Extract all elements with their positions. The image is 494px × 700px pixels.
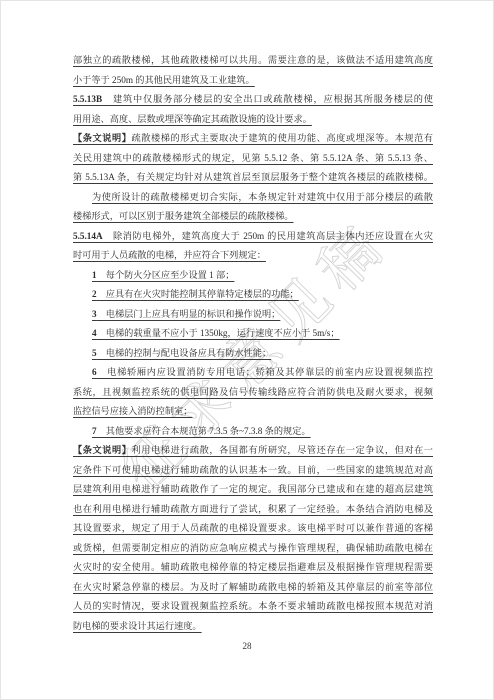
text-line: 也在利用电梯进行辅助疏散方面进行了尝试，积累了一定经验。本条结合消防电梯及 — [73, 500, 433, 520]
text-line: 火灾时的安全使用。辅助疏散电梯停靠的特定楼层指避难层及根据操作管理规程需要 — [73, 558, 433, 578]
text-line: 用用途、高度、层数或埋深等确定其疏散设施的设计要求。 — [73, 110, 433, 130]
clause-label: 【条文说明】 — [73, 445, 131, 455]
text-line: 在火灾时紧急停靠的楼层。为及时了解辅助疏散电梯的轿箱及其停靠层的前室等部位 — [73, 578, 433, 598]
text-line: 小于等于 250m 的其他民用建筑及工业建筑。 — [73, 71, 433, 91]
text-line: 第 5.5.13A 条，有关规定均针对从建筑首层至顶层服务于整个建筑各楼层的疏散… — [73, 168, 433, 188]
text-line: 层建筑利用电梯进行辅助疏散作了一定的规定。我国部分已建成和在建的超高层建筑 — [73, 480, 433, 500]
clause-label: 5.5.13B — [73, 94, 102, 104]
text-line: 其设置要求，规定了用于人员疏散的电梯设置要求。该电梯平时可以兼作普通的客梯 — [73, 519, 433, 539]
text-line: 2 应具有在火灾时能控制其停靠特定楼层的功能； — [73, 285, 433, 305]
clause-label: 4 — [92, 328, 97, 338]
clause-label: 7 — [92, 426, 97, 436]
text-line: 1 每个防火分区应至少设置 1 部； — [73, 266, 433, 286]
text-line: 系统，且视频监控系统的供电回路及信号传输线路应符合消防供电及耐火要求，视频 — [73, 383, 433, 403]
page-number: 28 — [1, 641, 493, 651]
clause-label: 3 — [92, 309, 97, 319]
text-line: 5.5.13B 建筑中仅服务部分楼层的安全出口或疏散楼梯，应根据其所服务楼层的使 — [73, 90, 433, 110]
clause-label: 6 — [92, 367, 97, 377]
text-line: 3 电梯层门上应具有明显的标识和操作说明； — [73, 305, 433, 325]
text-line: 防电梯的要求设计其运行速度。 — [73, 617, 433, 637]
text-line: 5.5.14A 除消防电梯外，建筑高度大于 250m 的民用建筑高层主体内还应设… — [73, 227, 433, 247]
clause-label: 1 — [92, 270, 97, 280]
text-line: 为使所设计的疏散楼梯更切合实际，本条规定针对建筑中仅用于部分楼层的疏散 — [73, 188, 433, 208]
text-line: 人员的实时情况，要求设置视频监控系统。本条不要求辅助疏散电梯按照本规范对消 — [73, 597, 433, 617]
text-line: 关民用建筑中的疏散楼梯形式的规定，见第 5.5.12 条、第 5.5.12A 条… — [73, 149, 433, 169]
document-page: 征求意见稿 部独立的疏散楼梯，其他疏散楼梯可以共用。需要注意的是，该做法不适用建… — [0, 0, 494, 700]
text-line: 或货梯，但需要制定相应的消防应急响应模式与操作管理规程，确保辅助疏散电梯在 — [73, 539, 433, 559]
text-line: 楼梯形式，可以区别于服务建筑全部楼层的疏散楼梯。 — [73, 207, 433, 227]
text-line: 监控信号应接入消防控制室； — [73, 402, 433, 422]
text-line: 7 其他要求应符合本规范第 7.3.5 条~7.3.8 条的规定。 — [73, 422, 433, 442]
text-line: 5 电梯的控制与配电设备应具有防水性能； — [73, 344, 433, 364]
document-body: 部独立的疏散楼梯，其他疏散楼梯可以共用。需要注意的是，该做法不适用建筑高度小于等… — [73, 51, 433, 636]
text-line: 部独立的疏散楼梯，其他疏散楼梯可以共用。需要注意的是，该做法不适用建筑高度 — [73, 51, 433, 71]
text-line: 【条文说明】疏散楼梯的形式主要取决于建筑的使用功能、高度或埋深等。本规范有 — [73, 129, 433, 149]
text-line: 【条文说明】利用电梯进行疏散，各国都有所研究，尽管还存在一定争议，但对在一 — [73, 441, 433, 461]
text-line: 4 电梯的载重量不应小于 1350kg，运行速度不应小于 5m/s； — [73, 324, 433, 344]
clause-label: 5.5.14A — [73, 231, 103, 241]
clause-label: 【条文说明】 — [73, 133, 131, 143]
text-line: 定条件下可使用电梯进行辅助疏散的认识基本一致。目前，一些国家的建筑规范对高 — [73, 461, 433, 481]
text-line: 6 电梯轿厢内应设置消防专用电话；轿箱及其停靠层的前室内应设置视频监控 — [73, 363, 433, 383]
clause-label: 2 — [92, 289, 97, 299]
clause-label: 5 — [92, 348, 97, 358]
text-line: 时可用于人员疏散的电梯，并应符合下列规定： — [73, 246, 433, 266]
